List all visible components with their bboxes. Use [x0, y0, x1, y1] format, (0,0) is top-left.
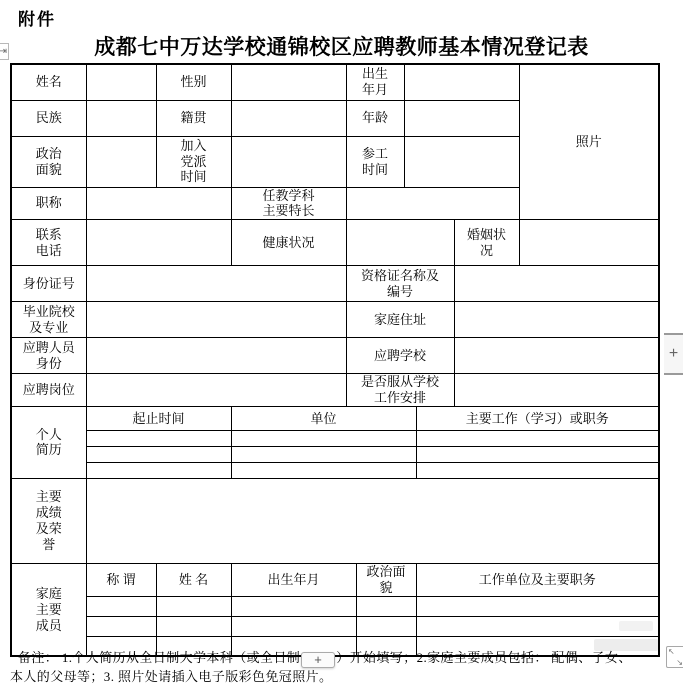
family-political-cell[interactable] — [356, 616, 416, 636]
apply-position-label: 应聘岗位 — [11, 374, 86, 407]
family-row — [11, 616, 659, 636]
family-row — [11, 596, 659, 616]
footnote-line1-after: ）开始填写；2.家庭主要成员包括： 配偶、子女、 — [336, 650, 632, 665]
resume-row — [11, 446, 659, 462]
work-start-time-value-cell[interactable] — [404, 136, 519, 187]
achievements-value-cell[interactable] — [86, 478, 659, 563]
family-name-cell[interactable] — [156, 616, 231, 636]
resume-header-period: 起止时间 — [86, 406, 231, 430]
plus-icon: + — [669, 345, 678, 363]
photo-placeholder-cell[interactable]: 照片 — [519, 64, 659, 220]
resume-period-cell[interactable] — [86, 446, 231, 462]
party-join-time-value-cell[interactable] — [231, 136, 346, 187]
graduate-school-label: 毕业院校 及专业 — [11, 302, 86, 338]
resume-unit-cell[interactable] — [231, 462, 416, 478]
footnote-line2: 本人的父母等；3. 照片处请插入电子版彩色免冠照片。 — [10, 669, 332, 684]
age-label: 年龄 — [346, 100, 404, 136]
family-birth-cell[interactable] — [231, 616, 356, 636]
applicant-identity-value-cell[interactable] — [86, 338, 346, 374]
family-header-name: 姓 名 — [156, 563, 231, 596]
family-header-relation: 称 谓 — [86, 563, 156, 596]
health-status-label: 健康状况 — [231, 220, 346, 266]
ethnicity-value-cell[interactable] — [86, 100, 156, 136]
arrow-se-icon: ↘ — [676, 658, 683, 667]
footnote: 备注： 1.个人简历从全日制大学本科（或全日制+）开始填写；2.家庭主要成员包括… — [10, 649, 678, 685]
apply-school-value-cell[interactable] — [454, 338, 659, 374]
certificate-label: 资格证名称及 编号 — [346, 266, 454, 302]
professional-title-label: 职称 — [11, 187, 86, 220]
page-title: 成都七中万达学校通锦校区应聘教师基本情况登记表 — [0, 31, 683, 61]
obey-arrangement-label: 是否服从学校 工作安排 — [346, 374, 454, 407]
id-number-value-cell[interactable] — [86, 266, 346, 302]
resume-period-cell[interactable] — [86, 430, 231, 446]
resize-handle-button[interactable]: ↖ ↘ — [666, 646, 683, 668]
family-workunit-cell[interactable] — [416, 596, 659, 616]
gender-label: 性别 — [156, 64, 231, 100]
resume-header-duty: 主要工作（学习）或职务 — [416, 406, 659, 430]
plus-icon: + — [314, 652, 322, 667]
achievements-section-label: 主要 成绩 及荣 誉 — [11, 478, 86, 563]
arrow-nw-icon: ↖ — [668, 647, 675, 656]
teaching-subject-value-cell[interactable] — [346, 187, 519, 220]
registration-table: 姓名 性别 出生 年月 照片 民族 籍贯 年龄 政治 面貌 加入 党派 时间 参… — [10, 63, 660, 657]
attachment-label: 附件 — [18, 5, 56, 30]
tab-stop-button[interactable]: ⇥ — [0, 43, 9, 60]
family-political-cell[interactable] — [356, 596, 416, 616]
political-status-label: 政治 面貌 — [11, 136, 86, 187]
family-section-label: 家庭 主要 成员 — [11, 563, 86, 656]
id-number-label: 身份证号 — [11, 266, 86, 302]
resume-section-label: 个人 简历 — [11, 406, 86, 478]
resume-row — [11, 462, 659, 478]
work-start-time-label: 参工 时间 — [346, 136, 404, 187]
resume-duty-cell[interactable] — [416, 446, 659, 462]
age-value-cell[interactable] — [404, 100, 519, 136]
native-place-label: 籍贯 — [156, 100, 231, 136]
family-birth-cell[interactable] — [231, 596, 356, 616]
certificate-value-cell[interactable] — [454, 266, 659, 302]
family-header-workunit: 工作单位及主要职务 — [416, 563, 659, 596]
party-join-time-label: 加入 党派 时间 — [156, 136, 231, 187]
applicant-identity-label: 应聘人员 身份 — [11, 338, 86, 374]
marital-status-value-cell[interactable] — [519, 220, 659, 266]
marital-status-label: 婚姻状 况 — [454, 220, 519, 266]
family-header-political: 政治面 貌 — [356, 563, 416, 596]
contact-phone-value-cell[interactable] — [86, 220, 231, 266]
birth-date-value-cell[interactable] — [404, 64, 519, 100]
native-place-value-cell[interactable] — [231, 100, 346, 136]
resume-duty-cell[interactable] — [416, 462, 659, 478]
home-address-label: 家庭住址 — [346, 302, 454, 338]
resume-unit-cell[interactable] — [231, 446, 416, 462]
family-name-cell[interactable] — [156, 596, 231, 616]
professional-title-value-cell[interactable] — [86, 187, 231, 220]
graduate-school-value-cell[interactable] — [86, 302, 346, 338]
gender-value-cell[interactable] — [231, 64, 346, 100]
family-header-birth: 出生年月 — [231, 563, 356, 596]
birth-date-label: 出生 年月 — [346, 64, 404, 100]
resume-duty-cell[interactable] — [416, 430, 659, 446]
resume-unit-cell[interactable] — [231, 430, 416, 446]
home-address-value-cell[interactable] — [454, 302, 659, 338]
side-add-control[interactable]: + — [664, 333, 683, 375]
resume-header-unit: 单位 — [231, 406, 416, 430]
apply-position-value-cell[interactable] — [86, 374, 346, 407]
ethnicity-label: 民族 — [11, 100, 86, 136]
contact-phone-label: 联系 电话 — [11, 220, 86, 266]
watermark-smudge — [619, 621, 653, 631]
tab-icon: ⇥ — [0, 46, 7, 57]
teaching-subject-label: 任教学科 主要特长 — [231, 187, 346, 220]
political-status-value-cell[interactable] — [86, 136, 156, 187]
health-status-value-cell[interactable] — [346, 220, 454, 266]
obey-arrangement-value-cell[interactable] — [454, 374, 659, 407]
footnote-line1-before: 备注： 1.个人简历从全日制大学本科（或全日制 — [10, 650, 300, 665]
name-label: 姓名 — [11, 64, 86, 100]
name-value-cell[interactable] — [86, 64, 156, 100]
family-relation-cell[interactable] — [86, 596, 156, 616]
family-relation-cell[interactable] — [86, 616, 156, 636]
resume-period-cell[interactable] — [86, 462, 231, 478]
insert-plus-button[interactable]: + — [301, 652, 335, 668]
apply-school-label: 应聘学校 — [346, 338, 454, 374]
resume-row — [11, 430, 659, 446]
